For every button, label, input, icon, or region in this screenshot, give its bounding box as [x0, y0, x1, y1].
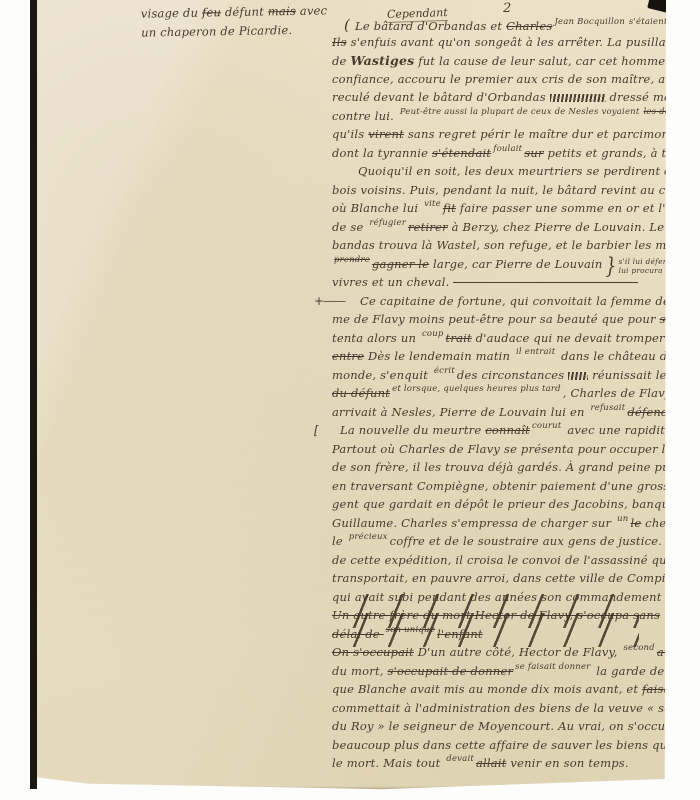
- text-segment: un: [617, 514, 628, 524]
- text-segment: tenta alors un: [332, 331, 420, 345]
- text-segment: second: [623, 643, 654, 653]
- text-segment: bois voisins. Puis, pendant la nuit, le …: [332, 183, 700, 197]
- text-segment: Wastiges: [350, 53, 414, 68]
- manuscript-line: On s'occupait D'un autre côté, Hector de…: [332, 645, 668, 664]
- text-segment: défunt: [221, 4, 268, 19]
- manuscript-line: entre Dès le lendemain matin il entrait …: [332, 349, 668, 368]
- text-segment: qui avait subi pendant des années son co…: [332, 590, 700, 604]
- manuscript-line: de cette expédition, il croisa le convoi…: [332, 553, 668, 572]
- text-segment: où Blanche lui: [332, 201, 422, 215]
- scribble-strike: [568, 372, 588, 380]
- text-segment: les deux meurtriers comme le: [643, 107, 700, 117]
- text-segment: monde, s'enquit: [332, 368, 432, 382]
- text-segment: avec une rapidité foudroyante.: [563, 423, 700, 437]
- text-segment: du défunt: [332, 386, 390, 400]
- text-segment: d'audace qui ne devait tromper personne.: [472, 331, 700, 345]
- text-segment: avec: [296, 3, 328, 18]
- text-segment: Peut-être aussi la plupart de ceux de Ne…: [400, 107, 640, 117]
- text-segment: l'entrée.: [684, 405, 700, 419]
- text-segment: la garde de son fils: [592, 664, 700, 678]
- text-segment: Ce capitaine de fortune, qui convoitait …: [360, 294, 700, 308]
- text-segment: son unique: [386, 625, 435, 635]
- corner-mark: [647, 0, 675, 14]
- manuscript-line: dont la tyrannie s'étendaitfoulaitsur pe…: [332, 146, 668, 165]
- manuscript-line: vivres et un cheval.: [332, 275, 668, 294]
- manuscript-line: Ils s'enfuis avant qu'on songeât à les a…: [332, 35, 668, 54]
- text-segment: Le bâtard d'Orbandas et: [355, 19, 506, 33]
- manuscript-line: le mort. Mais tout devaitallait venir en…: [332, 756, 668, 775]
- manuscript-line: commettait à l'administration des biens …: [332, 701, 668, 720]
- manuscript-line: en traversant Compiègne, obtenir paiemen…: [332, 479, 668, 498]
- text-segment: devait: [446, 754, 474, 764]
- text-segment: il entrait: [516, 347, 555, 357]
- text-segment: entre: [332, 349, 364, 363]
- manuscript-line: tenta alors un couptrait d'audace qui ne…: [332, 331, 668, 350]
- text-segment: Partout où Charles de Flavy se présenta …: [332, 442, 700, 456]
- text-segment: connaît: [485, 423, 530, 437]
- text-segment: confiance, accouru le premier aux cris d…: [332, 72, 688, 86]
- manuscript-line: délai de son uniquel'enfant: [332, 627, 668, 646]
- text-segment: que Blanche avait mis au monde dix mois …: [332, 682, 642, 696]
- text-segment: coffre et de le soustraire aux gens de j…: [390, 534, 700, 548]
- text-segment: le: [332, 534, 347, 548]
- text-segment: virent: [368, 127, 404, 141]
- text-segment: fit: [443, 201, 456, 215]
- text-segment: des circonstances: [457, 368, 568, 382]
- manuscript-line: le précieuxcoffre et de le soustraire au…: [332, 534, 668, 553]
- text-segment: fut la cause de leur salut, car cet homm…: [414, 54, 683, 68]
- text-segment: et lorsque, quelques heures plus tard: [392, 384, 561, 394]
- manuscript-line: bois voisins. Puis, pendant la nuit, le …: [332, 183, 668, 202]
- manuscript-line: +——Ce capitaine de fortune, qui convoita…: [332, 294, 668, 313]
- text-segment: du Roy » le seigneur de Moyencourt. Au v…: [332, 719, 689, 733]
- text-segment: écrit: [434, 366, 455, 376]
- text-segment: coup: [422, 329, 444, 339]
- margin-mark: [: [314, 423, 318, 437]
- text-segment: gagner le: [372, 257, 429, 271]
- text-segment: réfugier: [369, 218, 406, 228]
- scribble-strike: [550, 94, 606, 102]
- page-number: 2: [503, 1, 511, 16]
- text-segment: de son frère, il les trouva déjà gardés.…: [332, 460, 690, 474]
- handwritten-rule: [453, 282, 638, 283]
- text-segment: faire passer une somme en or et l'ordre: [456, 201, 699, 215]
- text-segment: Quoiqu'il en soit, les deux meurtriers s…: [358, 164, 700, 178]
- text-segment: eurent le temps: [672, 17, 700, 27]
- manuscript-line: me de Flavy moins peut-être pour sa beau…: [332, 312, 668, 331]
- manuscript-line: Partout où Charles de Flavy se présenta …: [332, 442, 668, 461]
- text-segment: le: [630, 516, 641, 530]
- text-segment: faisait: [642, 682, 679, 696]
- margin-mark: +——: [314, 294, 345, 308]
- manuscript-line: de son frère, il les trouva déjà gardés.…: [332, 460, 668, 479]
- manuscript-line: Un autre frère du mort Hector de Flavy, …: [332, 608, 668, 627]
- text-segment: en traversant Compiègne, obtenir paiemen…: [332, 479, 700, 493]
- text-segment: bandas trouva là Wastel, son refuge, et …: [332, 238, 700, 252]
- text-segment: D'un autre côté, Hector de Flavy,: [414, 645, 622, 659]
- text-segment: reculé devant le bâtard d'Orbandas: [332, 90, 550, 104]
- manuscript-line: du mort, s'occupait de donnerse faisait …: [332, 664, 668, 683]
- text-segment: frère: [689, 645, 700, 659]
- text-segment: défendait: [627, 405, 684, 419]
- text-segment: précieux: [349, 532, 388, 542]
- text-segment: Charles: [506, 19, 552, 33]
- text-segment: sans regret périr le maître dur et parci…: [404, 127, 694, 141]
- text-segment: La nouvelle du meurtre: [340, 423, 485, 437]
- margin-mark: (: [344, 16, 355, 34]
- manuscript-line: contre lui. Peut-être aussi la plupart d…: [332, 109, 668, 128]
- text-segment: dont la tyrannie: [332, 146, 432, 160]
- side-note-line: lui procura aussitôt des: [619, 267, 700, 276]
- text-segment: dans le château de Nesles avec son: [557, 349, 700, 363]
- side-note: }s'il lui défendit sa porte,lui procura …: [606, 257, 700, 277]
- scan-background: 2 Cependant visage du feu défunt mais av…: [0, 0, 700, 800]
- text-segment: Un autre frère du mort Hector de Flavy, …: [332, 608, 660, 622]
- text-segment: s'étendait: [432, 146, 491, 160]
- text-segment: trait: [446, 331, 472, 345]
- manuscript-line: de Wastiges fut la cause de leur salut, …: [332, 53, 668, 72]
- manuscript-body: ( Le bâtard d'Orbandas et CharlesJean Bo…: [332, 16, 668, 775]
- text-segment: visage du: [141, 6, 202, 21]
- text-segment: vite: [424, 199, 441, 209]
- text-segment: autre: [657, 645, 689, 659]
- manuscript-page: 2 Cependant visage du feu défunt mais av…: [37, 0, 666, 790]
- text-segment: venir en son temps.: [507, 756, 629, 770]
- text-segment: me de Flavy moins peut-être pour sa beau…: [332, 312, 660, 326]
- text-segment: sa fortune: [660, 312, 700, 326]
- text-segment: l'enfant: [437, 627, 483, 641]
- text-segment: sur: [524, 146, 543, 160]
- text-segment: qu'ils: [332, 127, 368, 141]
- text-segment: foulait: [493, 144, 522, 154]
- manuscript-line: prendregagner le large, car Pierre de Lo…: [332, 257, 668, 276]
- manuscript-line: transportait, en pauvre arroi, dans cett…: [332, 571, 668, 590]
- text-segment: Jean Bocquillon: [554, 17, 624, 27]
- text-segment: petits et grands, à toute heure.: [544, 146, 700, 160]
- text-segment: se faisait donner: [515, 662, 590, 672]
- text-segment: prendre: [334, 255, 370, 265]
- manuscript-line: Quoiqu'il en soit, les deux meurtriers s…: [332, 164, 668, 183]
- text-segment: Dès le lendemain matin: [364, 349, 514, 363]
- manuscript-line: un chaperon de Picardie.: [141, 22, 328, 44]
- text-segment: de se: [332, 220, 367, 234]
- text-segment: refusait: [590, 403, 625, 413]
- manuscript-line: bandas trouva là Wastel, son refuge, et …: [332, 238, 668, 257]
- text-segment: s'étaient: [629, 17, 668, 27]
- text-segment: cheval de bât: [641, 516, 700, 530]
- manuscript-line: beaucoup plus dans cette affaire de sauv…: [332, 738, 668, 757]
- text-segment: s'enfuis avant qu'on songeât à les arrêt…: [347, 35, 700, 49]
- text-segment: transportait, en pauvre arroi, dans cett…: [332, 571, 695, 585]
- manuscript-line: que Blanche avait mis au monde dix mois …: [332, 682, 668, 701]
- side-note-lines: s'il lui défendit sa porte,lui procura a…: [619, 258, 700, 275]
- text-segment: commettait à l'administration des biens …: [332, 701, 700, 715]
- text-segment: On s'occupait: [332, 645, 414, 659]
- text-segment: gent que gardait en dépôt le prieur des …: [332, 497, 700, 511]
- scan-edge-shadow: [30, 0, 37, 789]
- text-segment: de cette expédition, il croisa le convoi…: [332, 553, 700, 567]
- text-segment: allait: [476, 756, 507, 770]
- manuscript-line: du Roy » le seigneur de Moyencourt. Au v…: [332, 719, 668, 738]
- manuscript-line: arrivait à Nesles, Pierre de Louvain lui…: [332, 405, 668, 424]
- text-segment: mais: [268, 4, 296, 18]
- text-segment: retirer: [408, 220, 448, 234]
- text-segment: un chaperon de Picardie.: [141, 22, 292, 39]
- text-segment: dressé menaçant: [606, 90, 700, 104]
- text-segment: Ils: [332, 35, 347, 49]
- text-segment: de: [332, 54, 350, 68]
- text-segment: feu: [202, 5, 221, 19]
- text-segment: du mort,: [332, 664, 387, 678]
- manuscript-line: qui avait subi pendant des années son co…: [332, 590, 668, 609]
- text-segment: s'occupait de donner: [387, 664, 513, 678]
- manuscript-line: de se réfugierretirer à Berzy, chez Pier…: [332, 220, 668, 239]
- text-segment: arrivait à Nesles, Pierre de Louvain lui…: [332, 405, 588, 419]
- text-segment: à Berzy, chez Pierre de Louvain. Le bâta…: [448, 220, 700, 234]
- manuscript-line: [La nouvelle du meurtre connaîtcourut av…: [332, 423, 668, 442]
- text-segment: réunissait les domestiques,: [588, 368, 700, 382]
- manuscript-line: ( Le bâtard d'Orbandas et CharlesJean Bo…: [332, 16, 668, 35]
- margin-annotation: visage du feu défunt mais avecun chapero…: [141, 3, 328, 43]
- manuscript-line: confiance, accouru le premier aux cris d…: [332, 72, 668, 91]
- text-segment: contre lui.: [332, 109, 398, 123]
- text-segment: le mort. Mais tout: [332, 756, 444, 770]
- text-segment: beaucoup plus dans cette affaire de sauv…: [332, 738, 700, 752]
- text-segment: courut: [532, 421, 562, 431]
- text-segment: vivres et un cheval.: [332, 275, 453, 289]
- text-segment: Guillaume. Charles s'empressa de charger…: [332, 516, 615, 530]
- text-segment: , Charles de Flavy, frère du défunt,: [563, 386, 700, 400]
- text-segment: large, car Pierre de Louvain: [429, 257, 602, 271]
- text-segment: délai de: [332, 627, 384, 641]
